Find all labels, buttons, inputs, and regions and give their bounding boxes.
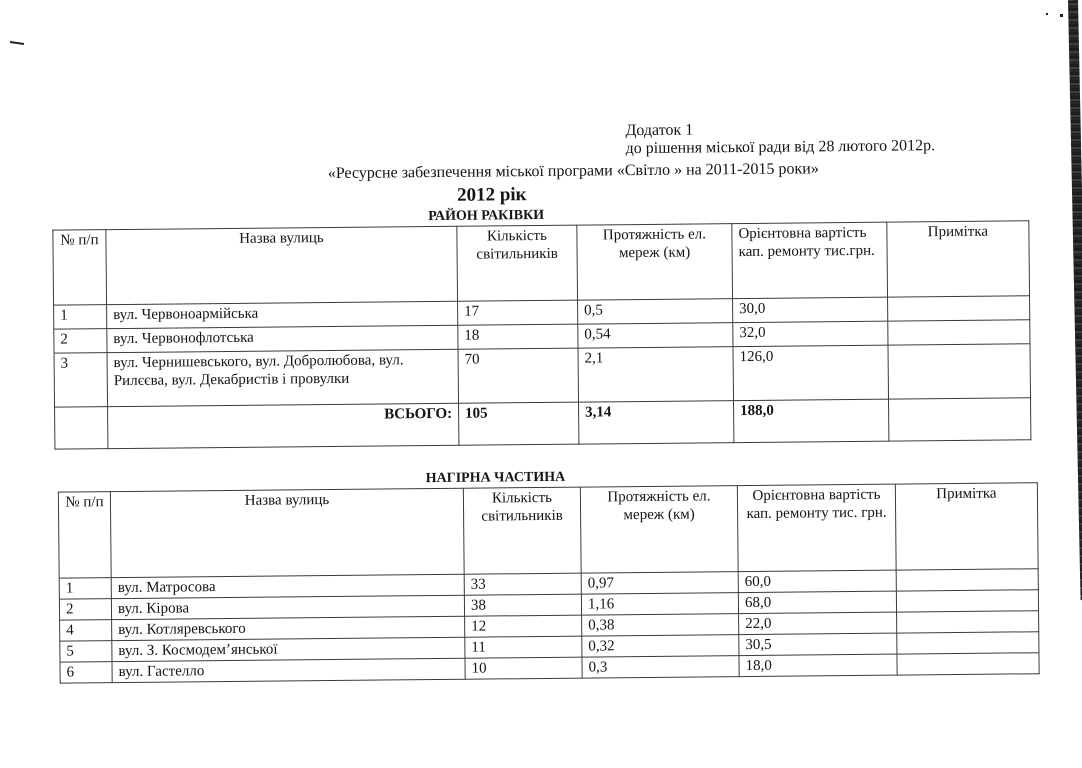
cell-note: [888, 320, 1030, 345]
total-note: [889, 398, 1031, 441]
cell-note: [897, 611, 1039, 633]
cell-length: 1,16: [581, 593, 738, 616]
col-header-lamps: Кількість світильників: [457, 225, 578, 301]
table-header-row: № п/п Назва вулиць Кількість світильникі…: [58, 483, 1038, 578]
cell-note: [896, 569, 1038, 591]
cell-note: [896, 590, 1038, 612]
cell-cost: 30,5: [739, 633, 897, 656]
program-title: «Ресурсне забезпечення міської програми …: [328, 160, 819, 183]
cell-lamps: 18: [458, 324, 578, 349]
cell-cost: 60,0: [738, 570, 896, 593]
cell-street: вул. Червоноармійська: [107, 301, 458, 328]
cell-note: [888, 344, 1031, 399]
total-cost: 188,0: [734, 399, 889, 442]
total-length: 3,14: [579, 401, 734, 444]
col-header-length: Протяжність ел. мереж (км): [580, 486, 738, 574]
cell-lamps: 12: [465, 615, 582, 637]
nahirna-table: № п/п Назва вулиць Кількість світильникі…: [58, 482, 1040, 683]
cell-length: 2,1: [578, 347, 734, 402]
cell-num: 2: [54, 329, 107, 354]
cell-lamps: 10: [465, 657, 582, 679]
col-header-num: № п/п: [53, 230, 107, 306]
cell-num: 5: [60, 641, 112, 662]
cell-street: вул. Чернишевського, вул. Добролюбова, в…: [107, 349, 459, 406]
year-heading: 2012 рік: [457, 184, 527, 207]
cell-cost: 22,0: [739, 612, 897, 635]
rakivka-table: № п/п Назва вулиць Кількість світильникі…: [52, 220, 1031, 449]
appendix-label: Додаток 1: [625, 122, 693, 141]
cell-cost: 68,0: [738, 591, 896, 614]
cell-note: [897, 653, 1039, 675]
cell-lamps: 17: [458, 300, 578, 325]
cell-num: 1: [54, 305, 107, 330]
cell-note: [897, 632, 1039, 654]
cell-length: 0,3: [582, 656, 739, 679]
col-header-length: Протяжність ел. мереж (км): [577, 224, 733, 300]
cell-cost: 126,0: [733, 345, 889, 400]
col-header-cost: Орієнтовна вартість кап. ремонту тис.грн…: [732, 222, 888, 298]
cell-note: [888, 296, 1030, 321]
col-header-note: Примітка: [895, 483, 1038, 570]
cell-cost: 32,0: [733, 321, 888, 346]
col-header-street: Назва вулиць: [106, 226, 458, 304]
cell-cost: 30,0: [733, 297, 888, 322]
cell-street: вул. Гастелло: [112, 658, 465, 682]
cell-num: 2: [59, 599, 111, 620]
cell-length: 0,97: [581, 572, 738, 595]
table-header-row: № п/п Назва вулиць Кількість світильникі…: [53, 221, 1030, 305]
cell-length: 0,32: [582, 635, 739, 658]
cell-lamps: 70: [458, 348, 579, 403]
col-header-street: Назва вулиць: [110, 488, 464, 577]
cell-cost: 18,0: [739, 654, 897, 677]
cell-num: 4: [60, 620, 112, 641]
table-row: 3 вул. Чернишевського, вул. Добролюбова,…: [54, 344, 1030, 407]
document-page: Додаток 1 до рішення міської ради від 28…: [0, 0, 1082, 768]
cell-num: 3: [54, 353, 108, 408]
total-lamps: 105: [459, 402, 579, 445]
decision-reference: до рішення міської ради від 28 лютого 20…: [626, 137, 936, 158]
col-header-lamps: Кількість світильників: [463, 487, 581, 574]
cell-lamps: 33: [464, 573, 581, 595]
cell-num: 6: [60, 662, 112, 683]
cell-length: 0,54: [578, 323, 733, 348]
section-title-rakivka: РАЙОН РАКІВКИ: [428, 208, 544, 225]
cell-length: 0,5: [578, 299, 733, 324]
cell-lamps: 11: [465, 636, 582, 658]
col-header-cost: Орієнтовна вартість кап. ремонту тис. гр…: [737, 484, 896, 572]
section-title-nahirna: НАГІРНА ЧАСТИНА: [426, 470, 566, 487]
cell-length: 0,38: [582, 614, 739, 637]
cell-num-empty: [55, 407, 108, 450]
col-header-note: Примітка: [887, 221, 1030, 297]
total-row: ВСЬОГО: 105 3,14 188,0: [55, 398, 1031, 449]
total-label: ВСЬОГО:: [108, 403, 459, 448]
col-header-num: № п/п: [58, 492, 111, 578]
cell-lamps: 38: [464, 594, 581, 616]
cell-street: вул. Червонофлотська: [107, 325, 458, 352]
cell-num: 1: [59, 578, 111, 599]
